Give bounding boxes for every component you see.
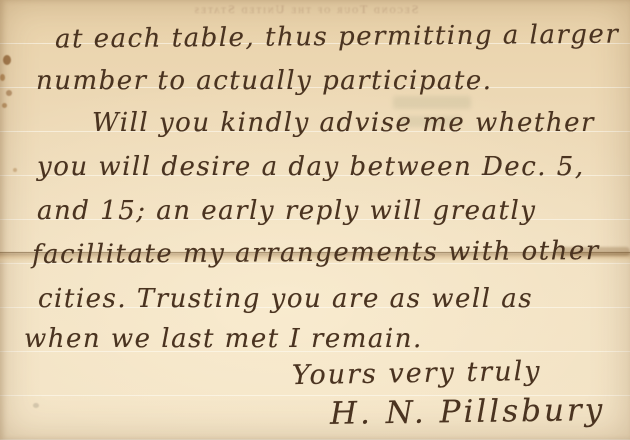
letter-closing: Yours very truly xyxy=(292,356,542,391)
letter-line: and 15; an early reply will greatly xyxy=(37,196,536,226)
letter-page: Second Tour of the United States at each… xyxy=(0,0,630,440)
letter-line: you will desire a day between Dec. 5, xyxy=(37,152,585,182)
foxing-spot xyxy=(33,403,39,408)
foxing-spot xyxy=(0,74,5,81)
foxing-spot xyxy=(13,168,17,172)
letter-line: at each table, thus permitting a larger xyxy=(55,20,620,55)
letter-line: Will you kindly advise me whether xyxy=(92,108,595,138)
foxing-spot xyxy=(3,55,11,65)
letter-line: number to actually participate. xyxy=(36,66,493,96)
show-through-text: Second Tour of the United States xyxy=(128,2,483,17)
letter-line: facillitate my arrangements with other xyxy=(32,236,600,270)
foxing-spot xyxy=(6,90,12,96)
letter-line: when we last met I remain. xyxy=(24,324,423,354)
letter-line: cities. Trusting you are as well as xyxy=(38,284,533,314)
letter-signature: H. N. Pillsbury xyxy=(330,392,606,432)
foxing-spot xyxy=(2,103,7,108)
